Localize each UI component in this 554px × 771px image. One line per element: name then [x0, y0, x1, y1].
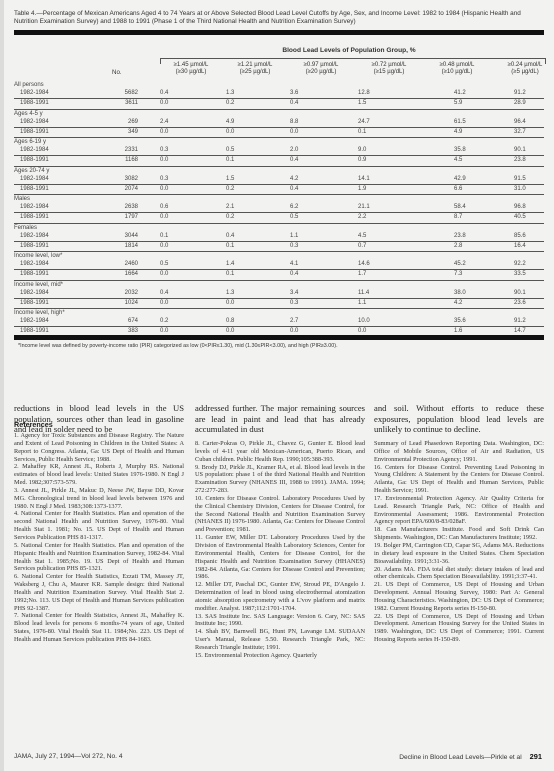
count-cell: 1814 — [108, 243, 138, 249]
percent-cell: 12.8 — [358, 90, 388, 96]
period-cell: 1988-1991 — [20, 157, 49, 163]
percent-cell: 40.5 — [514, 214, 544, 220]
percent-cell: 35.8 — [454, 147, 484, 153]
percent-cell: 90.1 — [514, 290, 544, 296]
reference-item: 4. National Center for Health Statistics… — [14, 510, 184, 541]
column-header: ≥1.21 µmol/L(≥25 µg/dL) — [220, 62, 290, 77]
body-text-col2: addressed further. The major remaining s… — [195, 403, 365, 435]
percent-cell: 21.1 — [358, 204, 388, 210]
table-row: 1982-198430820.31.54.214.142.991.5 — [14, 175, 544, 185]
percent-cell: 0.1 — [160, 233, 190, 239]
percent-cell: 0.3 — [290, 243, 320, 249]
percent-cell: 4.2 — [290, 176, 320, 182]
percent-cell: 24.7 — [358, 119, 388, 125]
percent-cell: 31.0 — [514, 186, 544, 192]
percent-cell: 1.6 — [454, 328, 484, 334]
column-header-mass: (≥25 µg/dL) — [220, 69, 290, 76]
percent-cell: 1.3 — [226, 290, 256, 296]
percent-cell: 4.9 — [226, 119, 256, 125]
percent-cell: 0.4 — [160, 90, 190, 96]
references-heading: References — [14, 420, 53, 429]
percent-cell: 2.4 — [160, 119, 190, 125]
reference-item: 18. Can Manufacturers Institute. Food an… — [374, 526, 544, 542]
percent-cell: 5.9 — [454, 100, 484, 106]
percent-cell: 1.4 — [226, 261, 256, 267]
percent-cell: 0.5 — [160, 261, 190, 267]
percent-cell: 92.2 — [514, 261, 544, 267]
table-row: 1988-19913490.00.00.00.14.932.7 — [14, 128, 544, 139]
count-cell: 269 — [108, 119, 138, 125]
percent-cell: 0.0 — [160, 300, 190, 306]
percent-cell: 0.5 — [226, 147, 256, 153]
reference-item: 2. Mahaffey KR, Annest JL, Roberts J, Mu… — [14, 463, 184, 487]
references-col1: 1. Agency for Toxic Substances and Disea… — [14, 432, 184, 644]
count-cell: 1664 — [108, 271, 138, 277]
percent-cell: 10.0 — [358, 318, 388, 324]
count-cell: 2032 — [108, 290, 138, 296]
percent-cell: 0.0 — [226, 328, 256, 334]
percent-cell: 2.7 — [290, 318, 320, 324]
percent-cell: 0.0 — [226, 300, 256, 306]
reference-item: 3. Annest JL, Pirkle JL, Makuc D, Neese … — [14, 487, 184, 511]
percent-cell: 0.0 — [160, 271, 190, 277]
percent-cell: 0.1 — [226, 271, 256, 277]
no-column-header: No. — [112, 69, 122, 76]
count-cell: 674 — [108, 318, 138, 324]
percent-cell: 41.2 — [454, 90, 484, 96]
body-text-col3: and soil. Without efforts to reduce thes… — [374, 403, 544, 435]
percent-cell: 23.6 — [514, 300, 544, 306]
percent-cell: 0.0 — [290, 328, 320, 334]
percent-cell: 0.4 — [160, 290, 190, 296]
percent-cell: 28.9 — [514, 100, 544, 106]
group-label: Income level, mid* — [14, 281, 544, 289]
percent-cell: 0.6 — [160, 204, 190, 210]
percent-cell: 0.0 — [160, 100, 190, 106]
reference-item: 6. National Center for Health Statistics… — [14, 573, 184, 612]
count-cell: 2074 — [108, 186, 138, 192]
percent-cell: 0.4 — [290, 100, 320, 106]
percent-cell: 0.4 — [290, 271, 320, 277]
column-header-molar: ≥1.45 µmol/L — [156, 62, 226, 69]
period-cell: 1982-1984 — [20, 119, 49, 125]
percent-cell: 38.0 — [454, 290, 484, 296]
percent-cell: 14.6 — [358, 261, 388, 267]
percent-cell: 3.4 — [290, 290, 320, 296]
group-label: Ages 4-5 y — [14, 110, 544, 118]
reference-item: 9. Brody DJ, Pirkle JL, Kramer RA, et al… — [195, 464, 365, 495]
percent-cell: 4.9 — [454, 129, 484, 135]
percent-cell: 0.1 — [358, 129, 388, 135]
percent-cell: 3.6 — [290, 90, 320, 96]
column-header-molar: ≥0.24 µmol/L — [490, 62, 554, 69]
reference-item: 15. Environmental Protection Agency. Qua… — [195, 652, 365, 660]
reference-item: 12. Miller DT, Paschal DC, Gunter EW, St… — [195, 581, 365, 612]
group-label: Income level, low* — [14, 252, 544, 260]
percent-cell: 61.5 — [454, 119, 484, 125]
table-row: 1982-198423310.30.52.09.035.890.1 — [14, 146, 544, 156]
period-cell: 1982-1984 — [20, 204, 49, 210]
table-top-rule — [14, 30, 544, 35]
percent-cell: 4.1 — [290, 261, 320, 267]
percent-cell: 2.1 — [226, 204, 256, 210]
table-row: 1988-199116640.00.10.41.77.333.5 — [14, 270, 544, 281]
percent-cell: 0.0 — [160, 214, 190, 220]
period-cell: 1988-1991 — [20, 271, 49, 277]
count-cell: 1168 — [108, 157, 138, 163]
reference-item: 14. Shah BV, Barnwell BG, Hunt PN, Lavan… — [195, 628, 365, 652]
period-cell: 1982-1984 — [20, 90, 49, 96]
references-col2: 8. Carter-Pokras O, Pirkle JL, Chavez G,… — [195, 440, 365, 660]
percent-cell: 1.1 — [358, 300, 388, 306]
group-label: All persons — [14, 81, 544, 89]
percent-cell: 11.4 — [358, 290, 388, 296]
percent-cell: 33.5 — [514, 271, 544, 277]
percent-cell: 6.6 — [454, 186, 484, 192]
column-header-mass: (≥5 µg/dL) — [490, 69, 554, 76]
percent-cell: 91.2 — [514, 318, 544, 324]
table-caption: Table 4.—Percentage of Mexican Americans… — [14, 10, 542, 27]
reference-item: 16. Centers for Disease Control. Prevent… — [374, 464, 544, 495]
period-cell: 1988-1991 — [20, 214, 49, 220]
count-cell: 1797 — [108, 214, 138, 220]
percent-cell: 91.2 — [514, 90, 544, 96]
count-cell: 2460 — [108, 261, 138, 267]
percent-cell: 45.2 — [454, 261, 484, 267]
percent-cell: 85.6 — [514, 233, 544, 239]
percent-cell: 0.0 — [160, 186, 190, 192]
percent-cell: 16.4 — [514, 243, 544, 249]
percent-cell: 1.9 — [358, 186, 388, 192]
page-number: 291 — [530, 752, 542, 761]
period-cell: 1988-1991 — [20, 328, 49, 334]
percent-cell: 0.1 — [226, 157, 256, 163]
column-header-molar: ≥0.48 µmol/L — [422, 62, 492, 69]
period-cell: 1988-1991 — [20, 243, 49, 249]
page-edge — [0, 0, 4, 771]
running-footer: Decline in Blood Lead Levels—Pirkle et a… — [399, 752, 542, 761]
percent-cell: 0.4 — [290, 157, 320, 163]
table-row: 1988-199118140.00.10.30.72.816.4 — [14, 242, 544, 253]
percent-cell: 1.5 — [226, 176, 256, 182]
table-row: 1982-198424600.51.44.114.645.292.2 — [14, 260, 544, 270]
percent-cell: 2.2 — [358, 214, 388, 220]
percent-cell: 91.5 — [514, 176, 544, 182]
percent-cell: 0.0 — [160, 129, 190, 135]
percent-cell: 7.3 — [454, 271, 484, 277]
group-label: Income level, high* — [14, 309, 544, 317]
percent-cell: 0.4 — [226, 233, 256, 239]
reference-item: 7. National Center for Health Statistics… — [14, 612, 184, 643]
percent-cell: 0.8 — [226, 318, 256, 324]
period-cell: 1982-1984 — [20, 176, 49, 182]
column-header-mass: (≥10 µg/dL) — [422, 69, 492, 76]
percent-cell: 42.9 — [454, 176, 484, 182]
percent-cell: 0.7 — [358, 243, 388, 249]
table-row: 1988-199111680.00.10.40.94.523.8 — [14, 156, 544, 167]
percent-cell: 96.4 — [514, 119, 544, 125]
percent-cell: 0.1 — [226, 243, 256, 249]
percent-cell: 2.0 — [290, 147, 320, 153]
reference-item: 17. Environmental Protection Agency. Air… — [374, 495, 544, 526]
percent-cell: 1.1 — [290, 233, 320, 239]
percent-cell: 1.7 — [358, 271, 388, 277]
percent-cell: 9.0 — [358, 147, 388, 153]
percent-cell: 0.2 — [226, 214, 256, 220]
percent-cell: 23.8 — [454, 233, 484, 239]
percent-cell: 0.3 — [160, 147, 190, 153]
references-col3: Summary of Lead Phasedown Reporting Data… — [374, 440, 544, 644]
group-label: Ages 6-19 y — [14, 138, 544, 146]
percent-cell: 0.2 — [226, 186, 256, 192]
percent-cell: 0.5 — [290, 214, 320, 220]
period-cell: 1988-1991 — [20, 300, 49, 306]
percent-cell: 4.5 — [454, 157, 484, 163]
reference-item: 1. Agency for Toxic Substances and Disea… — [14, 432, 184, 463]
percent-cell: 2.8 — [454, 243, 484, 249]
table-row: 1982-198426380.62.16.221.158.496.8 — [14, 203, 544, 213]
percent-cell: 0.3 — [290, 300, 320, 306]
percent-cell: 0.3 — [160, 176, 190, 182]
reference-item: 20. Adams MA. FDA total diet study: diet… — [374, 566, 544, 582]
column-header-mass: (≥30 µg/dL) — [156, 69, 226, 76]
percent-cell: 14.7 — [514, 328, 544, 334]
table-row: 1982-198430440.10.41.14.523.885.6 — [14, 232, 544, 242]
count-cell: 3082 — [108, 176, 138, 182]
column-header: ≥1.45 µmol/L(≥30 µg/dL) — [156, 62, 226, 77]
percent-cell: 35.6 — [454, 318, 484, 324]
table-row: 1982-19846740.20.82.710.035.691.2 — [14, 317, 544, 327]
count-cell: 3611 — [108, 100, 138, 106]
period-cell: 1982-1984 — [20, 147, 49, 153]
period-cell: 1988-1991 — [20, 100, 49, 106]
period-cell: 1988-1991 — [20, 129, 49, 135]
running-title: Decline in Blood Lead Levels—Pirkle et a… — [399, 754, 521, 761]
column-header: ≥0.24 µmol/L(≥5 µg/dL) — [490, 62, 554, 77]
table-row: 1988-199117970.00.20.52.28.740.5 — [14, 213, 544, 224]
percent-cell: 4.2 — [454, 300, 484, 306]
percent-cell: 0.0 — [160, 157, 190, 163]
percent-cell: 0.0 — [160, 328, 190, 334]
reference-item: Summary of Lead Phasedown Reporting Data… — [374, 440, 544, 464]
table-footnote: *Income level was defined by poverty-inc… — [18, 343, 338, 349]
column-header-mass: (≥20 µg/dL) — [286, 69, 356, 76]
count-cell: 1024 — [108, 300, 138, 306]
body-text-col1: reductions in blood lead levels in the U… — [14, 403, 184, 435]
percent-cell: 8.8 — [290, 119, 320, 125]
count-cell: 5682 — [108, 90, 138, 96]
reference-item: 10. Centers for Disease Control. Laborat… — [195, 495, 365, 534]
column-header: ≥0.72 µmol/L(≥15 µg/dL) — [354, 62, 424, 77]
group-label: Females — [14, 224, 544, 232]
percent-cell: 0.4 — [290, 186, 320, 192]
table-row: 1988-199120740.00.20.41.96.631.0 — [14, 185, 544, 196]
table-body: All persons1982-198456820.41.33.612.841.… — [14, 81, 544, 338]
percent-cell: 1.5 — [358, 100, 388, 106]
percent-cell: 32.7 — [514, 129, 544, 135]
table-row: 1988-199136110.00.20.41.55.928.9 — [14, 99, 544, 110]
period-cell: 1982-1984 — [20, 318, 49, 324]
percent-cell: 6.2 — [290, 204, 320, 210]
column-header-molar: ≥0.97 µmol/L — [286, 62, 356, 69]
percent-cell: 8.7 — [454, 214, 484, 220]
percent-cell: 23.8 — [514, 157, 544, 163]
column-header: ≥0.48 µmol/L(≥10 µg/dL) — [422, 62, 492, 77]
period-cell: 1982-1984 — [20, 261, 49, 267]
percent-cell: 4.5 — [358, 233, 388, 239]
column-header: ≥0.97 µmol/L(≥20 µg/dL) — [286, 62, 356, 77]
reference-item: 5. National Center for Health Statistics… — [14, 542, 184, 573]
spanning-header: Blood Lead Levels of Population Group, % — [154, 47, 544, 54]
percent-cell: 0.0 — [160, 243, 190, 249]
journal-citation: JAMA, July 27, 1994—Vol 272, No. 4 — [14, 753, 123, 760]
percent-cell: 90.1 — [514, 147, 544, 153]
reference-item: 11. Gunter EW, Miller DT. Laboratory Pro… — [195, 534, 365, 581]
count-cell: 3044 — [108, 233, 138, 239]
count-cell: 383 — [108, 328, 138, 334]
count-cell: 2331 — [108, 147, 138, 153]
reference-item: 19. Bolger PM, Carrington CD, Capar SG, … — [374, 542, 544, 566]
group-label: Ages 20-74 y — [14, 167, 544, 175]
percent-cell: 0.0 — [358, 328, 388, 334]
percent-cell: 0.0 — [226, 129, 256, 135]
table-row: 1982-198456820.41.33.612.841.291.2 — [14, 89, 544, 99]
reference-item: 21. US Dept of Commerce, US Dept of Hous… — [374, 581, 544, 612]
percent-cell: 0.9 — [358, 157, 388, 163]
period-cell: 1982-1984 — [20, 290, 49, 296]
column-header-mass: (≥15 µg/dL) — [354, 69, 424, 76]
count-cell: 349 — [108, 129, 138, 135]
group-label: Males — [14, 195, 544, 203]
reference-item: 8. Carter-Pokras O, Pirkle JL, Chavez G,… — [195, 440, 365, 464]
table-row: 1982-198420320.41.33.411.438.090.1 — [14, 289, 544, 299]
period-cell: 1988-1991 — [20, 186, 49, 192]
table-row: 1982-19842692.44.98.824.761.596.4 — [14, 118, 544, 128]
percent-cell: 14.1 — [358, 176, 388, 182]
table-row: 1988-199110240.00.00.31.14.223.6 — [14, 299, 544, 310]
column-header-molar: ≥1.21 µmol/L — [220, 62, 290, 69]
count-cell: 2638 — [108, 204, 138, 210]
percent-cell: 96.8 — [514, 204, 544, 210]
percent-cell: 58.4 — [454, 204, 484, 210]
table-bottom-rule — [14, 335, 544, 340]
reference-item: 13. SAS Institute Inc. SAS Language: Ver… — [195, 613, 365, 629]
percent-cell: 0.2 — [160, 318, 190, 324]
percent-cell: 1.3 — [226, 90, 256, 96]
column-header-molar: ≥0.72 µmol/L — [354, 62, 424, 69]
period-cell: 1982-1984 — [20, 233, 49, 239]
percent-cell: 0.0 — [290, 129, 320, 135]
percent-cell: 0.2 — [226, 100, 256, 106]
reference-item: 22. US Dept of Commerce, US Dept of Hous… — [374, 613, 544, 644]
